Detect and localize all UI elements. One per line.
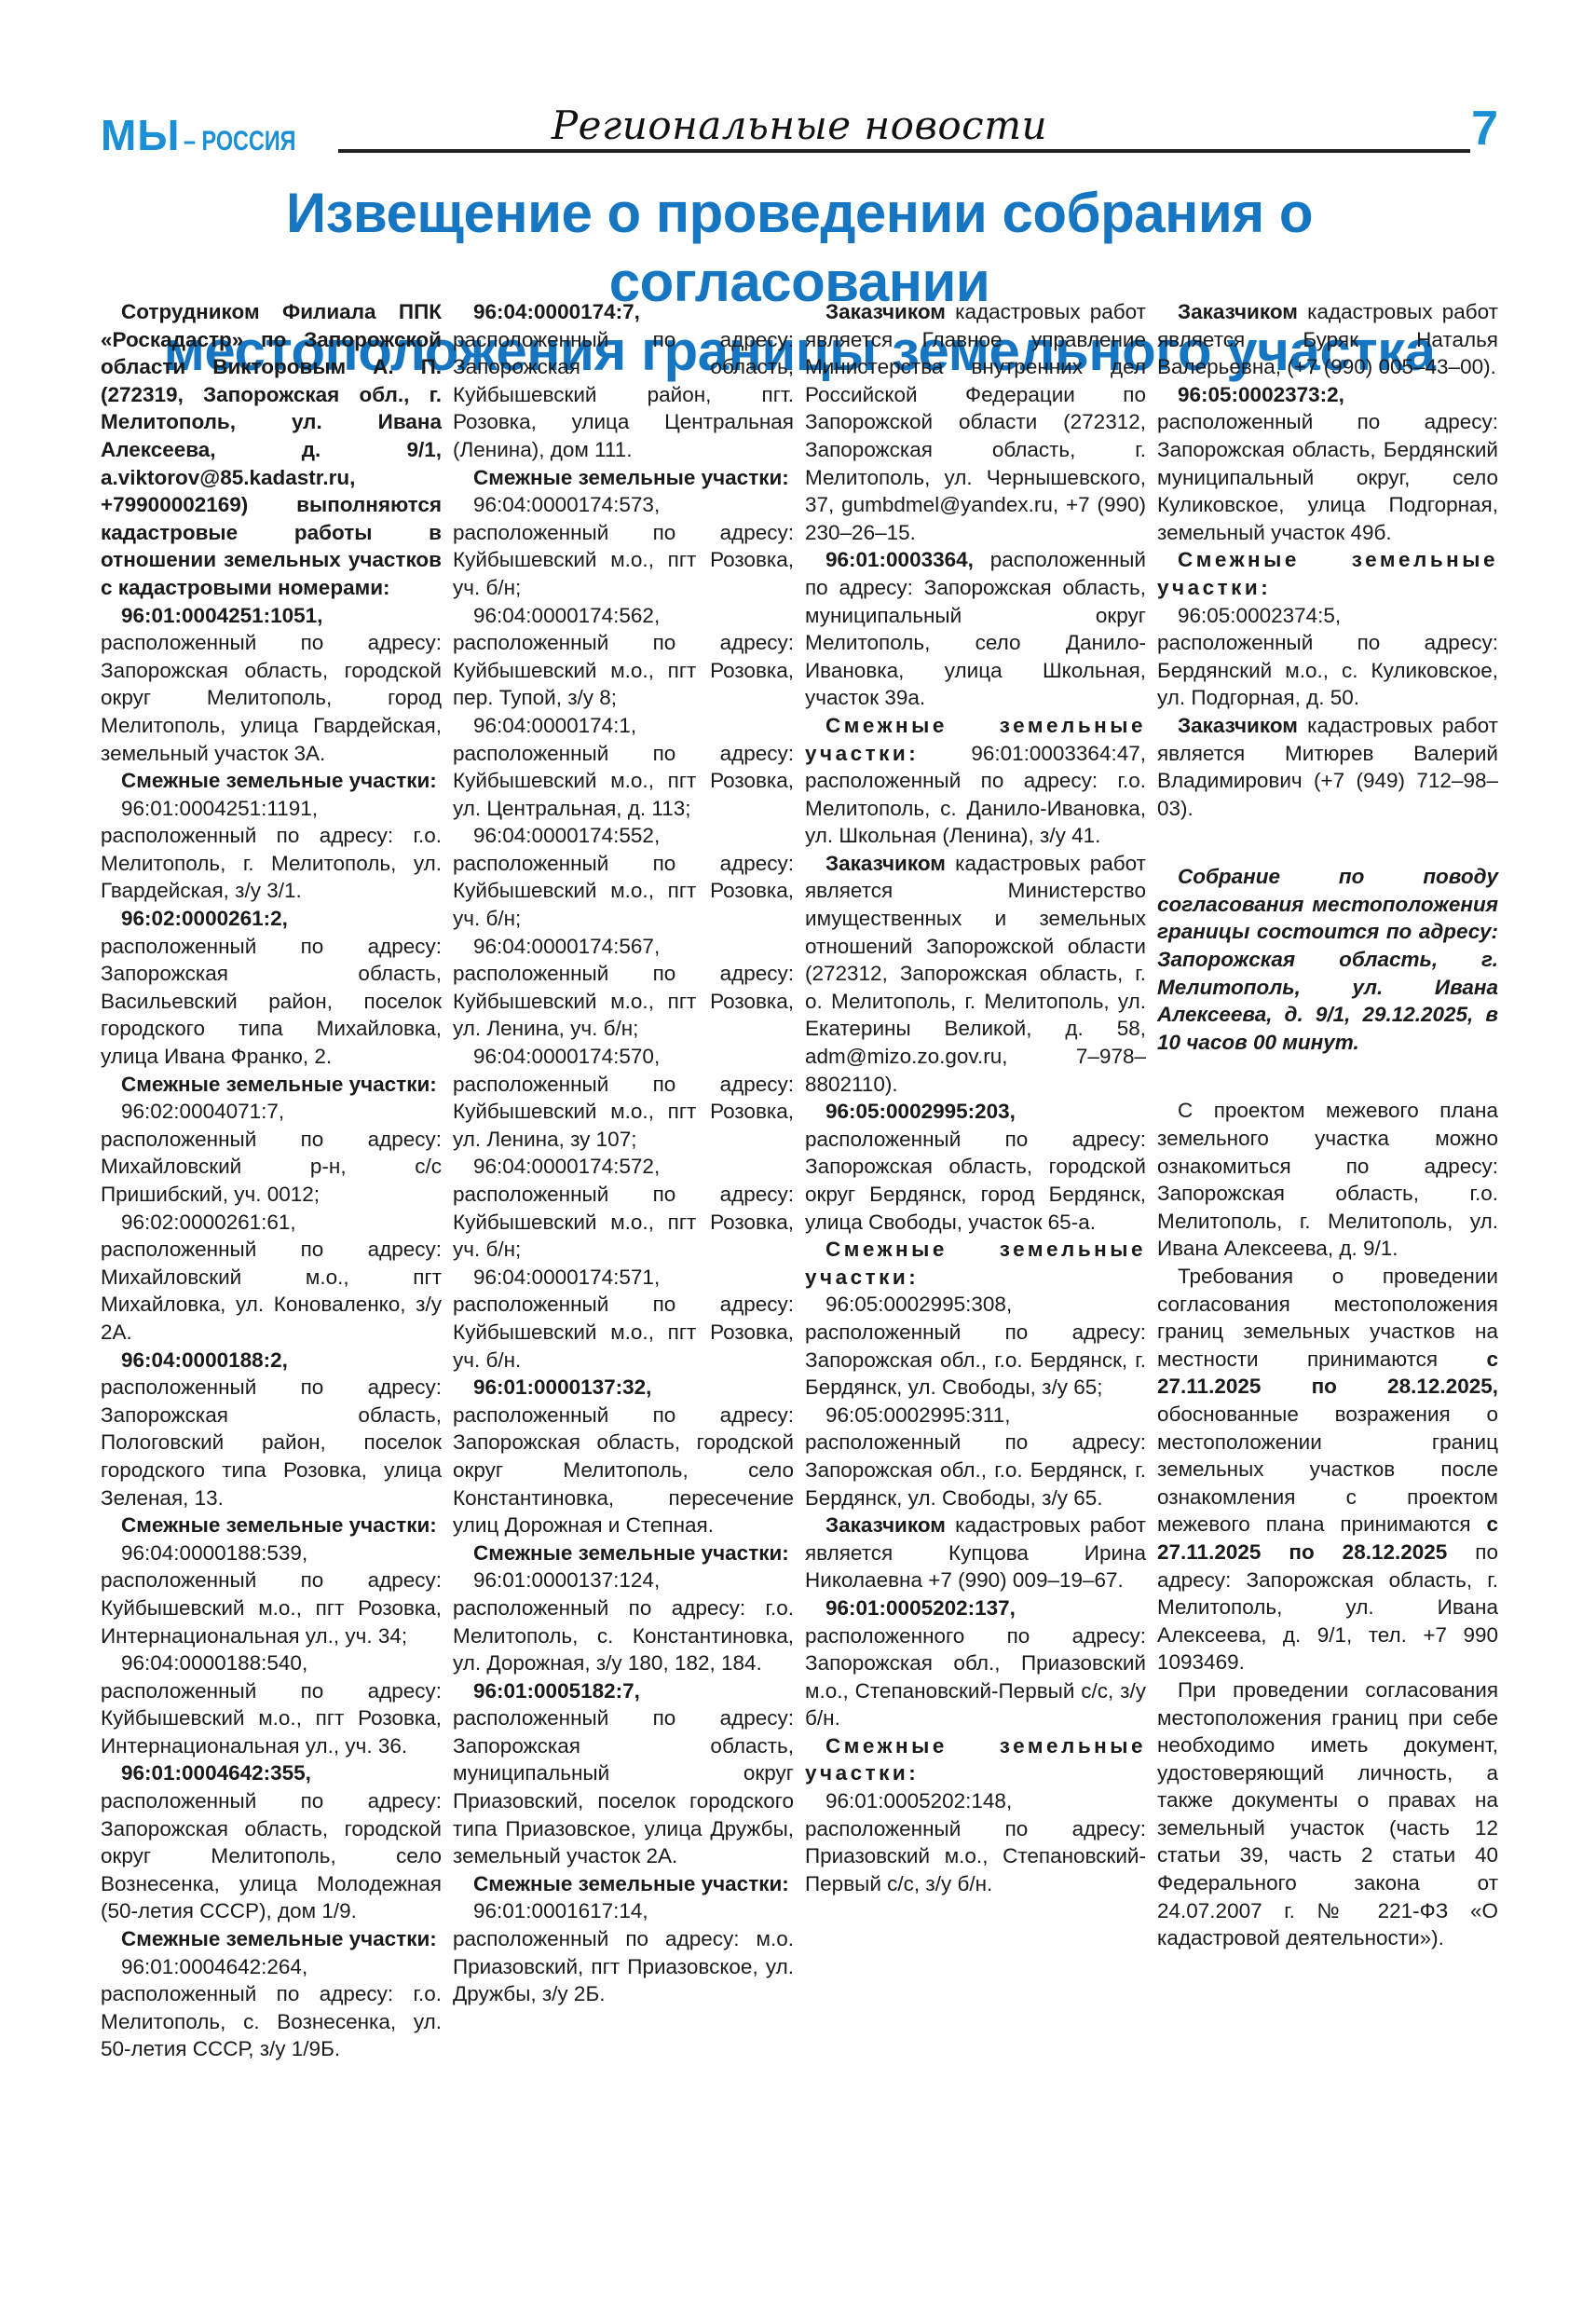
newspaper-page: МЫ – РОССИЯ Региональные новости 7 Извещ…	[101, 103, 1498, 386]
page-number: 7	[1471, 101, 1498, 157]
paragraph: 96:01:0004642:264, расположенный по адре…	[101, 1953, 442, 2063]
paragraph: 96:05:0002995:311, расположенный по адре…	[805, 1402, 1146, 1512]
parcel-entry: 96:04:0000188:2, расположенный по адресу…	[101, 1347, 442, 1512]
adjacent-parcels-heading: Смежные земельные участки:	[1157, 546, 1498, 601]
headline-line-1: Извещение о проведении собрания о соглас…	[101, 179, 1498, 317]
adjacent-parcels-heading: Смежные земельные участки:	[453, 1539, 794, 1567]
paragraph: 96:04:0000174:552, расположенный по адре…	[453, 822, 794, 932]
adjacent-parcels-heading: Смежные земельные участки:	[101, 1925, 442, 1953]
paragraph: 96:04:0000174:570, расположенный по адре…	[453, 1043, 794, 1153]
column-2: 96:04:0000174:7, расположенный по адресу…	[453, 298, 794, 2063]
paragraph: Заказчиком кадастровых работ является Ми…	[1157, 712, 1498, 822]
paragraph: 96:01:0004251:1191, расположенный по адр…	[101, 795, 442, 905]
parcel-entry: 96:02:0000261:2, расположенный по адресу…	[101, 905, 442, 1071]
column-3: Заказчиком кадастровых работ является Гл…	[805, 298, 1146, 2063]
paragraph: 96:04:0000188:540, расположенный по адре…	[101, 1649, 442, 1759]
paragraph: Сотрудником Филиала ППК «Роскадастр» по …	[101, 298, 442, 602]
parcel-entry: 96:01:0005182:7, расположенный по адресу…	[453, 1677, 794, 1870]
adjacent-parcels-heading: Смежные земельные участки:	[805, 1732, 1146, 1787]
meeting-notice: Собрание по поводу согласования местопол…	[1157, 863, 1498, 1056]
documents-notice: При проведении согласования местоположен…	[1157, 1676, 1498, 1952]
column-1: Сотрудником Филиала ППК «Роскадастр» по …	[101, 298, 442, 2063]
adjacent-parcels-heading: Смежные земельные участки:	[453, 464, 794, 492]
paragraph: 96:01:0000137:124, расположенный по адре…	[453, 1566, 794, 1676]
adjacent-parcels-heading: Смежные земельные участки:	[101, 767, 442, 795]
paragraph: Заказчиком кадастровых работ является Бу…	[1157, 298, 1498, 381]
section-title: Региональные новости	[101, 103, 1498, 148]
paragraph: 96:01:0005202:148, расположенный по адре…	[805, 1787, 1146, 1897]
paragraph: 96:04:0000174:573, расположенный по адре…	[453, 491, 794, 601]
column-4-paragraphs: Заказчиком кадастровых работ является Бу…	[1157, 298, 1498, 822]
paragraph: Заказчиком кадастровых работ является Ку…	[805, 1512, 1146, 1594]
paragraph: 96:04:0000174:571, расположенный по адре…	[453, 1264, 794, 1374]
paragraph: 96:02:0004071:7, расположенный по адресу…	[101, 1098, 442, 1208]
paragraph: Заказчиком кадастровых работ является Ми…	[805, 850, 1146, 1098]
adjacent-parcels-heading: Смежные земельные участки:	[805, 1236, 1146, 1291]
paragraph: 96:04:0000174:562, расположенный по адре…	[453, 602, 794, 712]
paragraph: 96:01:0001617:14, расположенный по адрес…	[453, 1897, 794, 2007]
paragraph: Заказчиком кадастровых работ является Гл…	[805, 298, 1146, 546]
parcel-entry: 96:05:0002995:203, расположенный по адре…	[805, 1098, 1146, 1236]
paragraph: 96:02:0000261:61, расположенный по адрес…	[101, 1209, 442, 1347]
paragraph: 96:05:0002374:5, расположенный по адресу…	[1157, 602, 1498, 712]
paragraph: 96:04:0000188:539, расположенный по адре…	[101, 1539, 442, 1649]
article-columns: Сотрудником Филиала ППК «Роскадастр» по …	[101, 298, 1498, 2063]
parcel-entry: 96:01:0003364, расположенный по адресу: …	[805, 546, 1146, 712]
paragraph: 96:04:0000174:572, расположенный по адре…	[453, 1153, 794, 1263]
adjacent-parcels-heading: Смежные земельные участки:	[101, 1071, 442, 1099]
adjacent-parcels-heading: Смежные земельные участки:	[101, 1512, 442, 1539]
parcel-entry: 96:05:0002373:2, расположенный по адресу…	[1157, 381, 1498, 547]
parcel-entry: 96:01:0005202:137, расположенного по адр…	[805, 1594, 1146, 1732]
requirements-notice: Требования о проведении согласования мес…	[1157, 1263, 1498, 1676]
column-4: Заказчиком кадастровых работ является Бу…	[1157, 298, 1498, 2063]
paragraph: 96:04:0000174:567, расположенный по адре…	[453, 933, 794, 1043]
section-divider	[338, 149, 1470, 153]
paragraph: 96:05:0002995:308, расположенный по адре…	[805, 1291, 1146, 1401]
paragraph: 96:04:0000174:1, расположенный по адресу…	[453, 712, 794, 822]
parcel-entry: 96:01:0000137:32, расположенный по адрес…	[453, 1374, 794, 1539]
parcel-entry: 96:01:0004642:355, расположенный по адре…	[101, 1759, 442, 1925]
parcel-entry: 96:01:0004251:1051, расположенный по адр…	[101, 602, 442, 768]
parcel-entry: 96:04:0000174:7, расположенный по адресу…	[453, 298, 794, 464]
adjacent-parcels-heading: Смежные земельные участки: 96:01:0003364…	[805, 712, 1146, 850]
adjacent-parcels-heading: Смежные земельные участки:	[453, 1870, 794, 1898]
masthead: МЫ – РОССИЯ Региональные новости 7	[101, 103, 1498, 160]
review-notice: С проектом межевого плана земельного уча…	[1157, 1097, 1498, 1263]
